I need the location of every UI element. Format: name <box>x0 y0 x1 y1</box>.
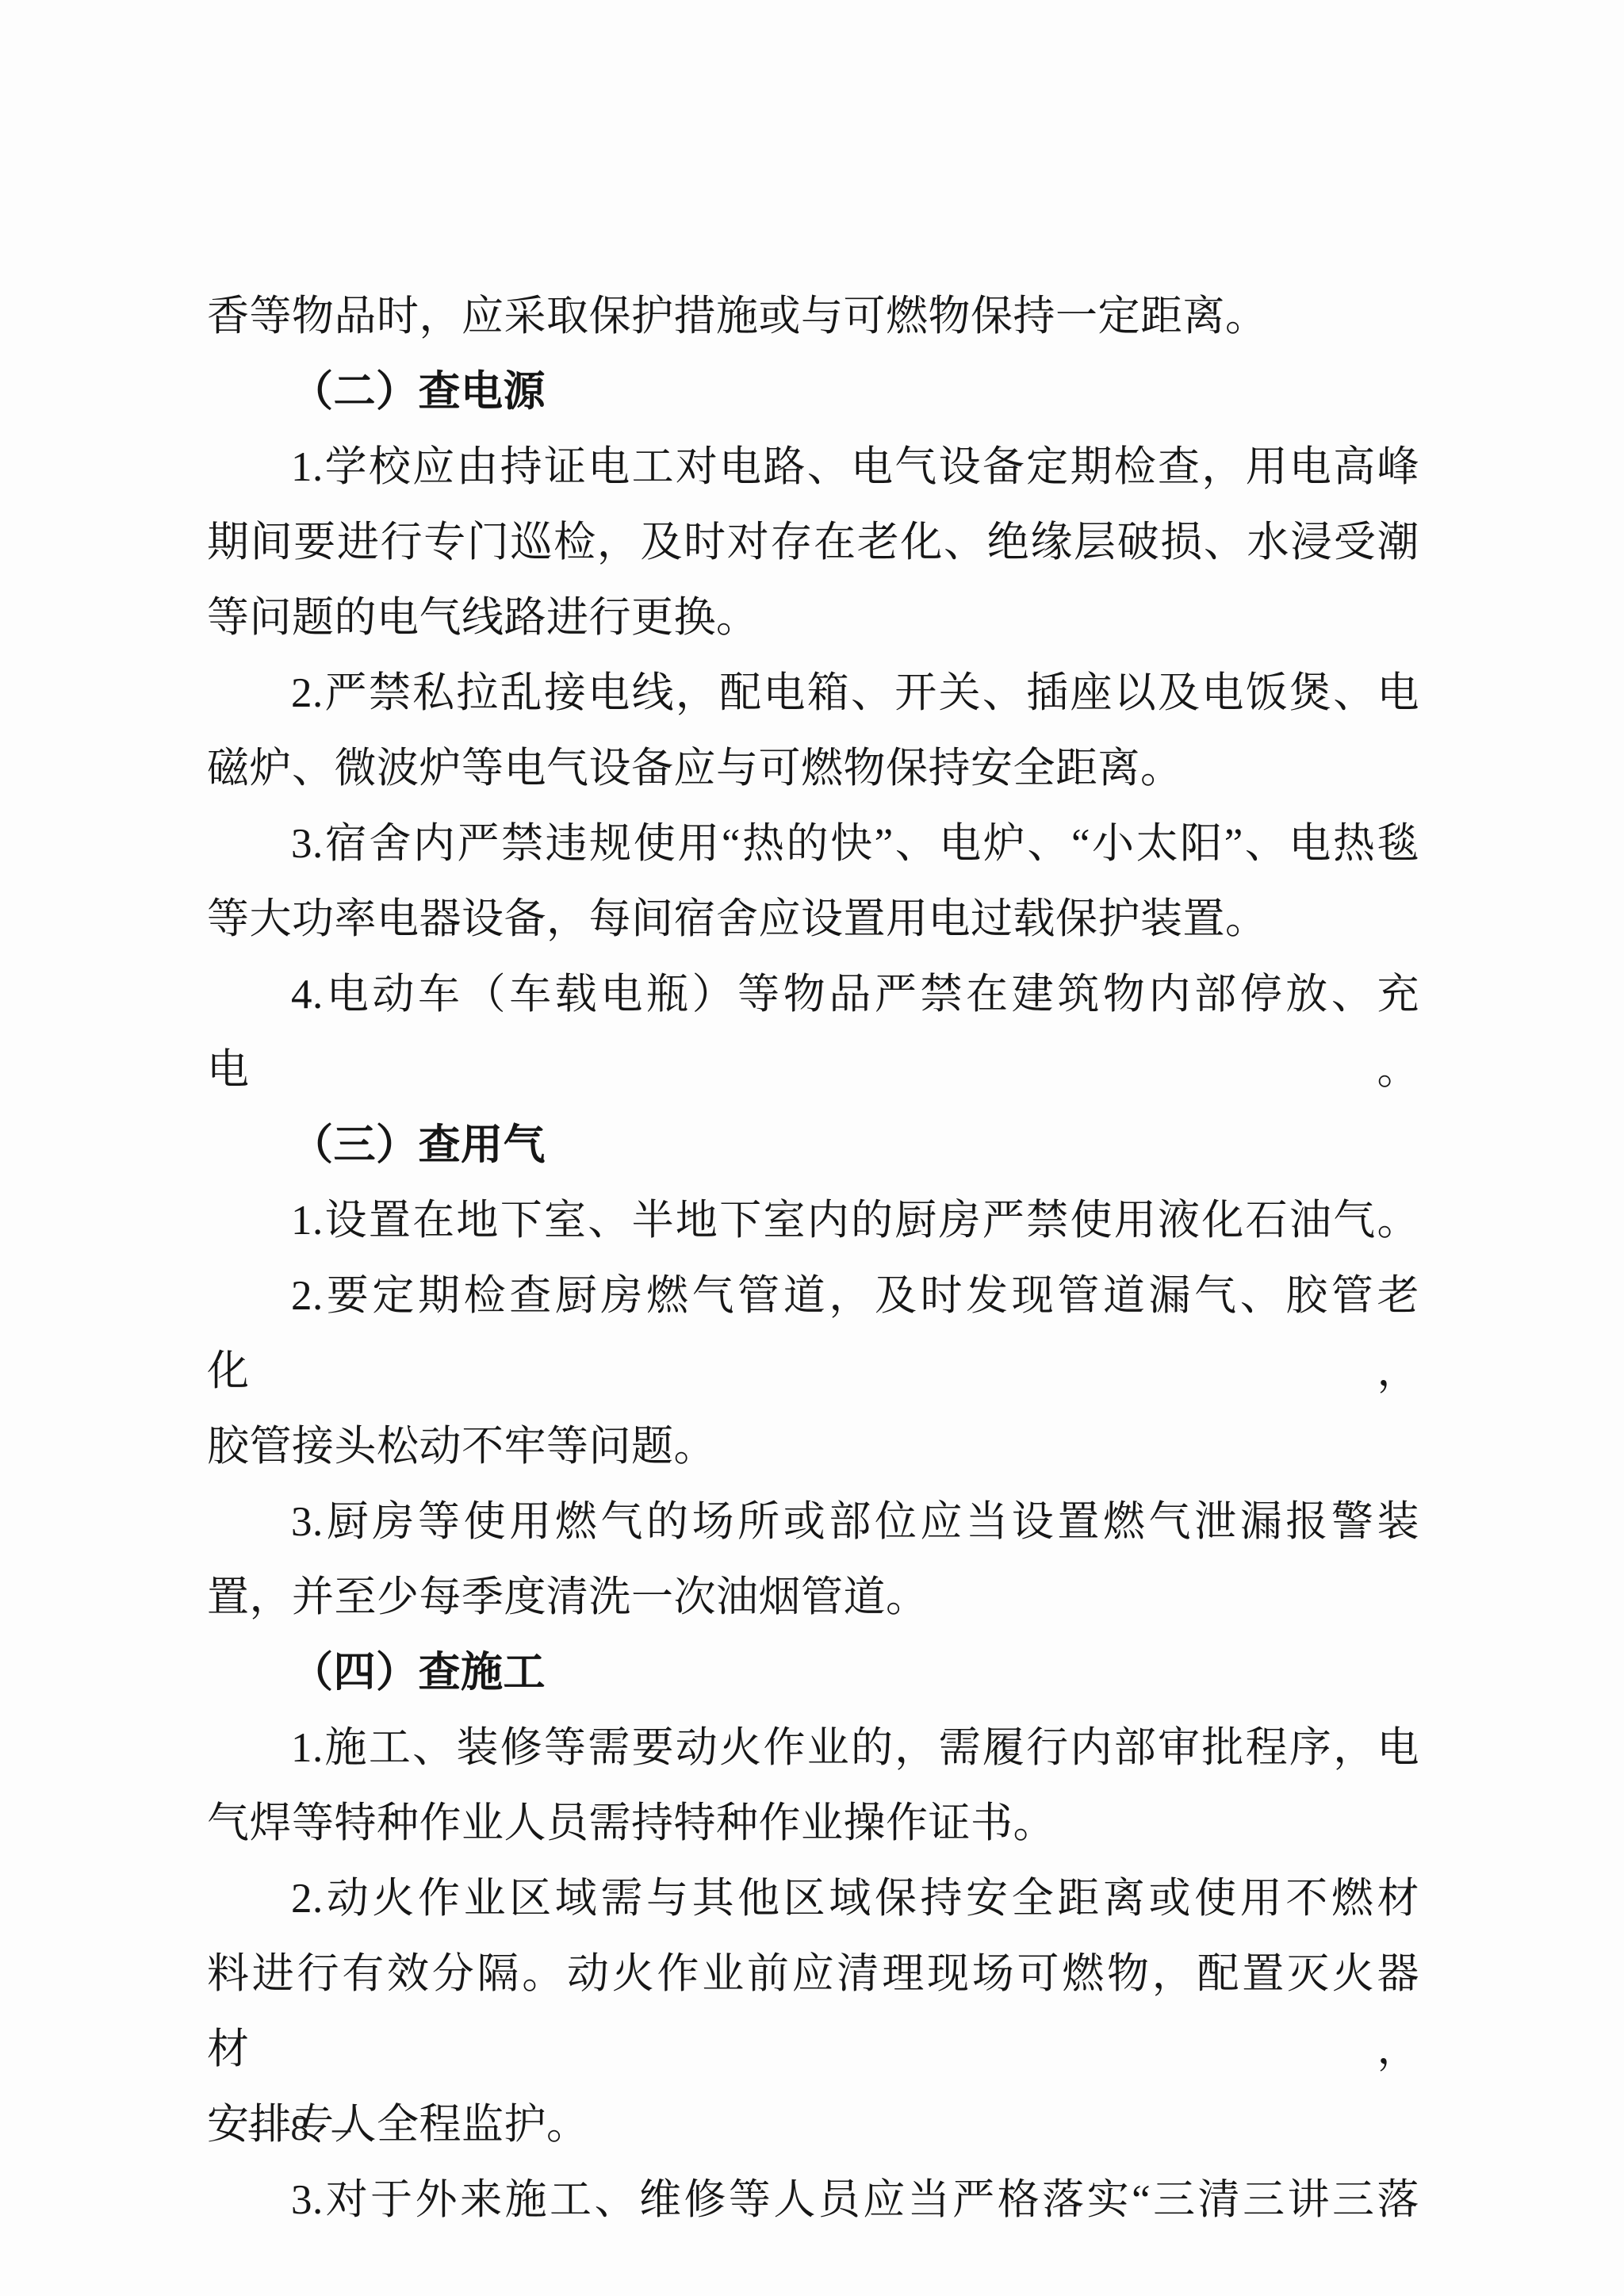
section-heading-2: （二）查电源 <box>207 355 1419 430</box>
body-line: 期间要进行专门巡检，及时对存在老化、绝缘层破损、水浸受潮 <box>207 505 1419 581</box>
section-heading-3: （三）查用气 <box>207 1108 1419 1183</box>
document-page: 香等物品时，应采取保护措施或与可燃物保持一定距离。 （二）查电源 1.学校应由持… <box>0 0 1624 2296</box>
body-line: 4.电动车（车载电瓶）等物品严禁在建筑物内部停放、充电。 <box>207 957 1419 1108</box>
section-heading-4: （四）查施工 <box>207 1635 1419 1711</box>
body-line: 等大功率电器设备，每间宿舍应设置用电过载保护装置。 <box>207 882 1419 957</box>
body-line: 等问题的电气线路进行更换。 <box>207 581 1419 656</box>
body-line: 3.厨房等使用燃气的场所或部位应当设置燃气泄漏报警装 <box>207 1485 1419 1560</box>
body-line: 3.宿舍内严禁违规使用“热的快”、电炉、“小太阳”、电热毯 <box>207 807 1419 882</box>
body-line: 2.严禁私拉乱接电线，配电箱、开关、插座以及电饭煲、电 <box>207 656 1419 731</box>
body-line: 2.要定期检查厨房燃气管道，及时发现管道漏气、胶管老化， <box>207 1259 1419 1409</box>
body-line: 磁炉、微波炉等电气设备应与可燃物保持安全距离。 <box>207 731 1419 807</box>
page-number: – 8 – <box>249 2104 358 2152</box>
body-line: 胶管接头松动不牢等问题。 <box>207 1409 1419 1485</box>
body-line: 香等物品时，应采取保护措施或与可燃物保持一定距离。 <box>207 279 1419 355</box>
body-line: 3.对于外来施工、维修等人员应当严格落实“三清三讲三落 <box>207 2163 1419 2238</box>
document-body: 香等物品时，应采取保护措施或与可燃物保持一定距离。 （二）查电源 1.学校应由持… <box>207 279 1419 2238</box>
body-line: 置，并至少每季度清洗一次油烟管道。 <box>207 1560 1419 1635</box>
body-line: 料进行有效分隔。动火作业前应清理现场可燃物，配置灭火器材， <box>207 1937 1419 2087</box>
body-line: 安排专人全程监护。 <box>207 2087 1419 2163</box>
body-line: 1.学校应由持证电工对电路、电气设备定期检查，用电高峰 <box>207 430 1419 505</box>
body-line: 1.设置在地下室、半地下室内的厨房严禁使用液化石油气。 <box>207 1183 1419 1259</box>
body-line: 气焊等特种作业人员需持特种作业操作证书。 <box>207 1786 1419 1861</box>
body-line: 2.动火作业区域需与其他区域保持安全距离或使用不燃材 <box>207 1861 1419 1937</box>
body-line: 1.施工、装修等需要动火作业的，需履行内部审批程序，电 <box>207 1711 1419 1786</box>
